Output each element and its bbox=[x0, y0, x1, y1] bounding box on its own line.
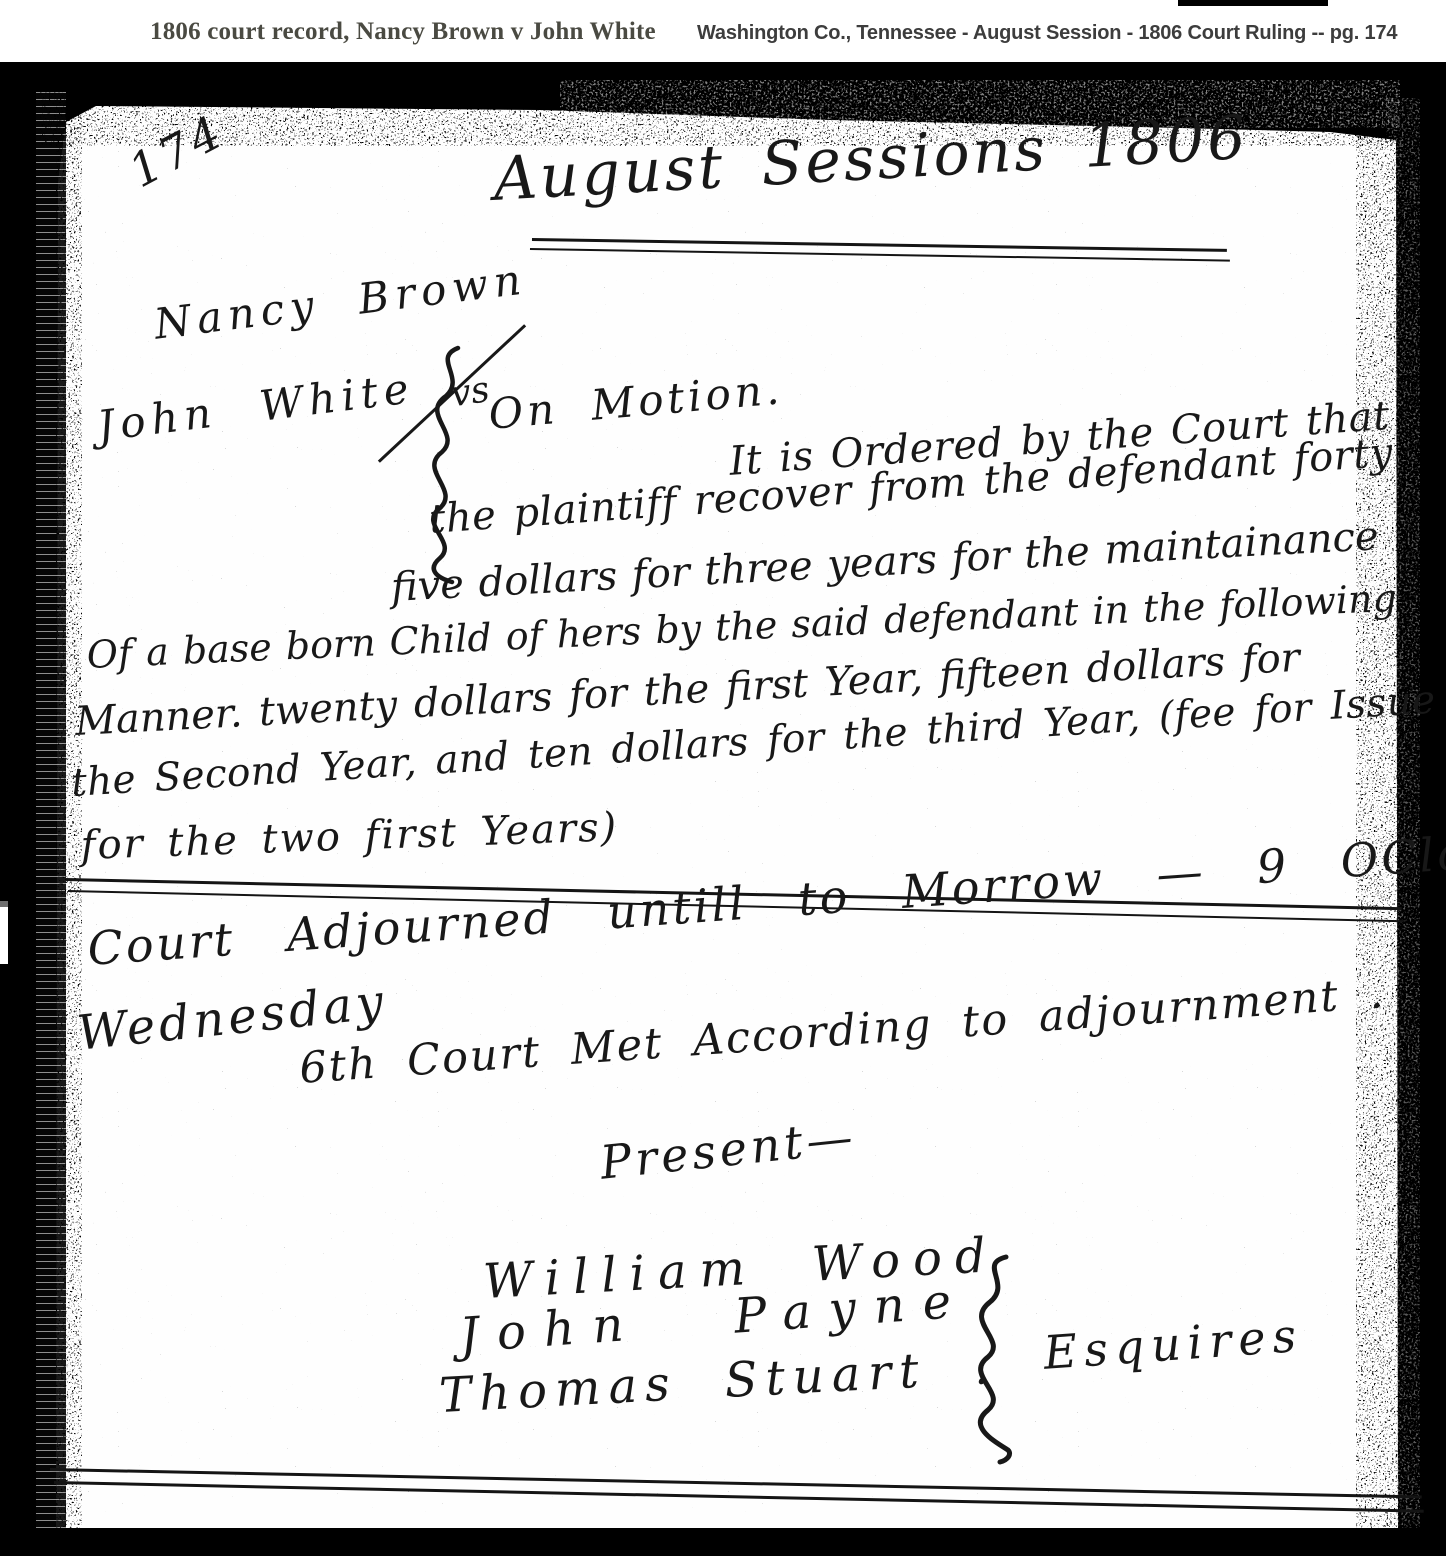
bottom-scan-band bbox=[0, 1530, 1446, 1556]
caption-title: 1806 court record, Nancy Brown v John Wh… bbox=[150, 18, 656, 46]
scan-edge-strip bbox=[1178, 0, 1328, 6]
screenshot: 1806 court record, Nancy Brown v John Wh… bbox=[0, 0, 1446, 1556]
justices-brace-icon bbox=[952, 1254, 1018, 1464]
caption-subtitle: Washington Co., Tennessee - August Sessi… bbox=[697, 22, 1397, 45]
binding-gutter-texture bbox=[36, 92, 66, 1528]
left-edge-artifact bbox=[0, 901, 8, 964]
case-brace-icon bbox=[408, 344, 472, 584]
document-scan: 174 August Sessions 1806 Nancy Brown vs … bbox=[0, 62, 1446, 1556]
caption-bar: 1806 court record, Nancy Brown v John Wh… bbox=[0, 0, 1446, 62]
